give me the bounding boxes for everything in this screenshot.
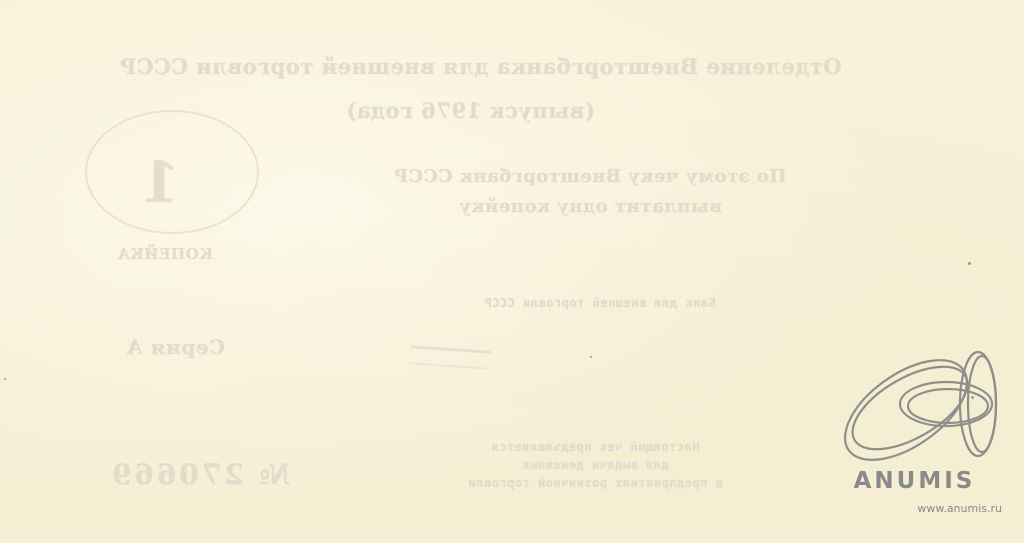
paper-speck <box>590 356 592 358</box>
paper-speck <box>968 262 971 265</box>
payable-line-2: выплатит одну копейку <box>360 196 820 217</box>
series-label: Серия А <box>100 335 250 359</box>
watermark-brand: ANUMIS <box>832 468 997 494</box>
note-line-1: Настоящий чек предъявляется <box>385 440 805 454</box>
heading-line-2: (выпуск 1976 года) <box>120 98 820 123</box>
anumis-rings-icon <box>828 348 1018 468</box>
note-line-2: для выдачи денежных <box>385 458 805 472</box>
denomination-word: КОПЕЙКА <box>95 245 235 263</box>
heading-line-1: Отделение Внешторгбанка для внешней торг… <box>120 54 820 79</box>
payable-line-1: По этому чеку Внешторгбанк СССР <box>360 166 820 187</box>
serial-number: № 270669 <box>50 458 350 491</box>
paper-speck <box>4 378 6 380</box>
note-line-3: в предприятиях розничной торговли <box>385 476 805 490</box>
bank-line: Банк для внешней торговли СССР <box>395 296 805 310</box>
denomination: 1 <box>130 150 190 216</box>
watermark-url: www.anumis.ru <box>882 502 1002 515</box>
